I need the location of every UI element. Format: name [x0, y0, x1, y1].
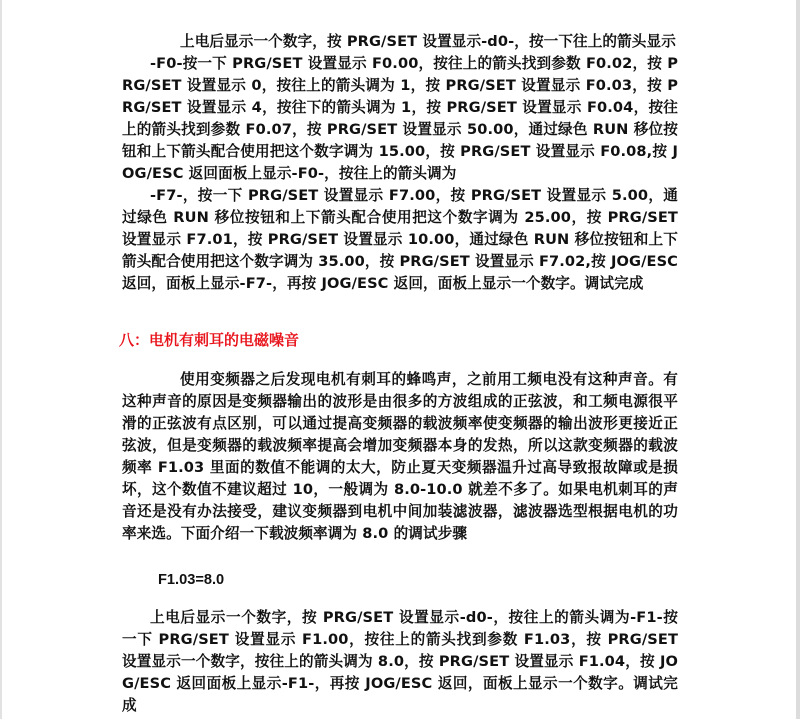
- paragraph-3: 使用变频器之后发现电机有刺耳的蜂鸣声，之前用工频电没有这种声音。有这种声音的原因…: [122, 369, 678, 545]
- paragraph-4: 上电后显示一个数字，按 PRG/SET 设置显示-d0-，按往上的箭头调为-F1…: [122, 607, 678, 717]
- section-heading: 八：电机有刺耳的电磁噪音: [119, 329, 678, 351]
- paragraph-1-body: -F0-按一下 PRG/SET 设置显示 F0.00，按往上的箭头找到参数 F0…: [122, 53, 678, 185]
- parameter-formula: F1.03=8.0: [158, 569, 678, 591]
- scrollbar-track[interactable]: [796, 0, 800, 719]
- page-edge-left: [0, 0, 2, 719]
- paragraph-2: -F7-，按一下 PRG/SET 设置显示 F7.00，按 PRG/SET 设置…: [122, 185, 678, 295]
- document-page: 上电后显示一个数字，按 PRG/SET 设置显示-d0-，按一下往上的箭头显示 …: [122, 31, 678, 717]
- paragraph-1-line-1: 上电后显示一个数字，按 PRG/SET 设置显示-d0-，按一下往上的箭头显示: [122, 31, 678, 53]
